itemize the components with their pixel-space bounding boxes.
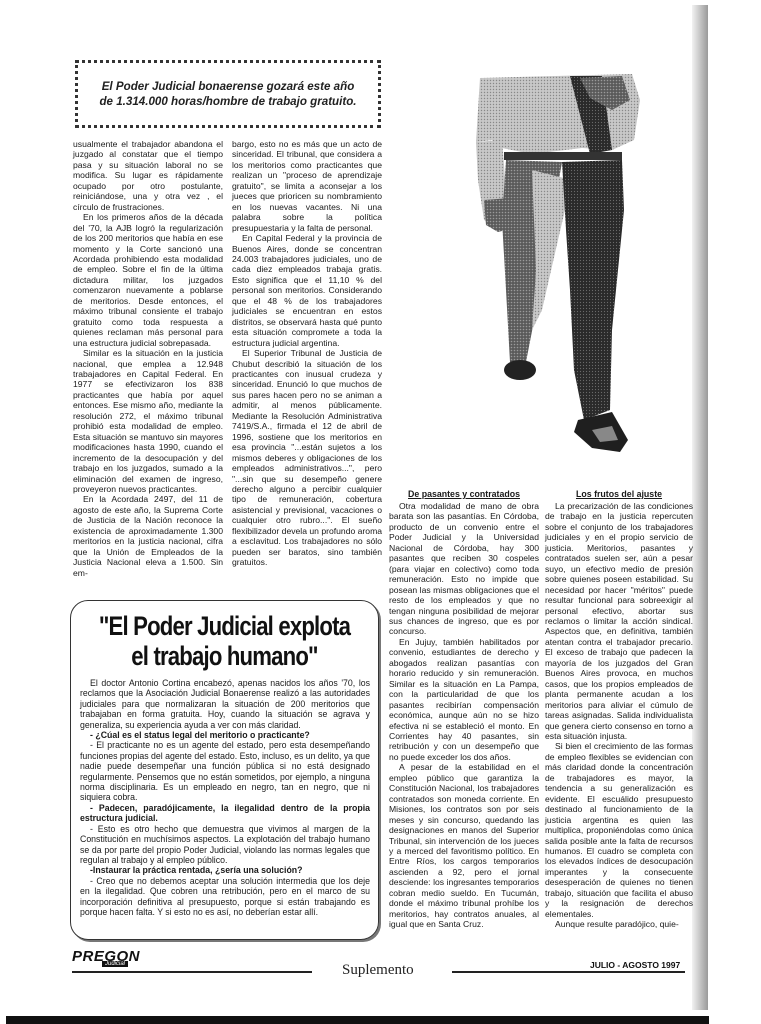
paragraph: A pesar de la estabilidad en el empleo p…: [389, 762, 539, 929]
paragraph: Similar es la situación en la justicia n…: [73, 348, 223, 494]
subheading-pasantes: De pasantes y contratados: [389, 489, 539, 500]
interview-question: - ¿Cúal es el status legal del meritorio…: [80, 730, 370, 740]
paragraph: En los primeros años de la década del '7…: [73, 212, 223, 348]
paragraph: La precarización de las condiciones de t…: [545, 501, 693, 741]
callout-box: El Poder Judicial bonaerense gozará este…: [75, 60, 381, 128]
halftone-figure-image: [462, 70, 662, 475]
interview-box: "El Poder Judicial explota el trabajo hu…: [70, 600, 379, 940]
article-column-3: De pasantes y contratados Otra modalidad…: [389, 489, 539, 930]
paragraph: En Capital Federal y la provincia de Bue…: [232, 233, 382, 348]
paragraph: usualmente el trabajador abandona el juz…: [73, 139, 223, 212]
footer-date: JULIO - AGOSTO 1997: [590, 960, 680, 970]
paragraph: bargo, esto no es más que un acto de sin…: [232, 139, 382, 233]
article-column-2: bargo, esto no es más que un acto de sin…: [232, 139, 382, 568]
interview-intro: El doctor Antonio Cortina encabezó, apen…: [80, 678, 370, 730]
interview-question: - Padecen, paradójicamente, la ilegalida…: [80, 803, 370, 824]
interview-answer: - Creo que no debemos aceptar una soluci…: [80, 876, 370, 918]
paragraph: Otra modalidad de mano de obra barata so…: [389, 501, 539, 637]
paragraph: Aunque resulte paradójico, quie-: [545, 919, 693, 929]
paragraph: En Jujuy, también habilitados por conven…: [389, 637, 539, 762]
callout-text: El Poder Judicial bonaerense gozará este…: [98, 79, 358, 109]
paragraph: El Superior Tribunal de Justicia de Chub…: [232, 348, 382, 568]
paragraph: En la Acordada 2497, del 11 de agosto de…: [73, 494, 223, 578]
scan-bottom-edge: [6, 1016, 709, 1024]
interview-answer: - Esto es otro hecho que demuestra que v…: [80, 824, 370, 866]
footer-rule-right: [452, 971, 685, 973]
page-edge-shadow: [692, 5, 708, 1010]
footer-rule-left: [72, 971, 312, 973]
footer-section-label: Suplemento: [342, 962, 414, 979]
pregon-logo-subtitle: Judicial: [102, 961, 128, 967]
subheading-frutos-del-ajuste: Los frutos del ajuste: [545, 489, 693, 500]
interview-headline: "El Poder Judicial explota el trabajo hu…: [99, 611, 351, 671]
article-column-1: usualmente el trabajador abandona el juz…: [73, 139, 223, 578]
man-walking-photo: [462, 70, 662, 475]
interview-body: El doctor Antonio Cortina encabezó, apen…: [80, 678, 370, 917]
paragraph: Si bien el crecimiento de las formas de …: [545, 741, 693, 919]
interview-question: -Instaurar la práctica rentada, ¿sería u…: [80, 865, 370, 875]
interview-answer: - El practicante no es un agente del est…: [80, 740, 370, 802]
article-column-4: Los frutos del ajuste La precarización d…: [545, 489, 693, 930]
